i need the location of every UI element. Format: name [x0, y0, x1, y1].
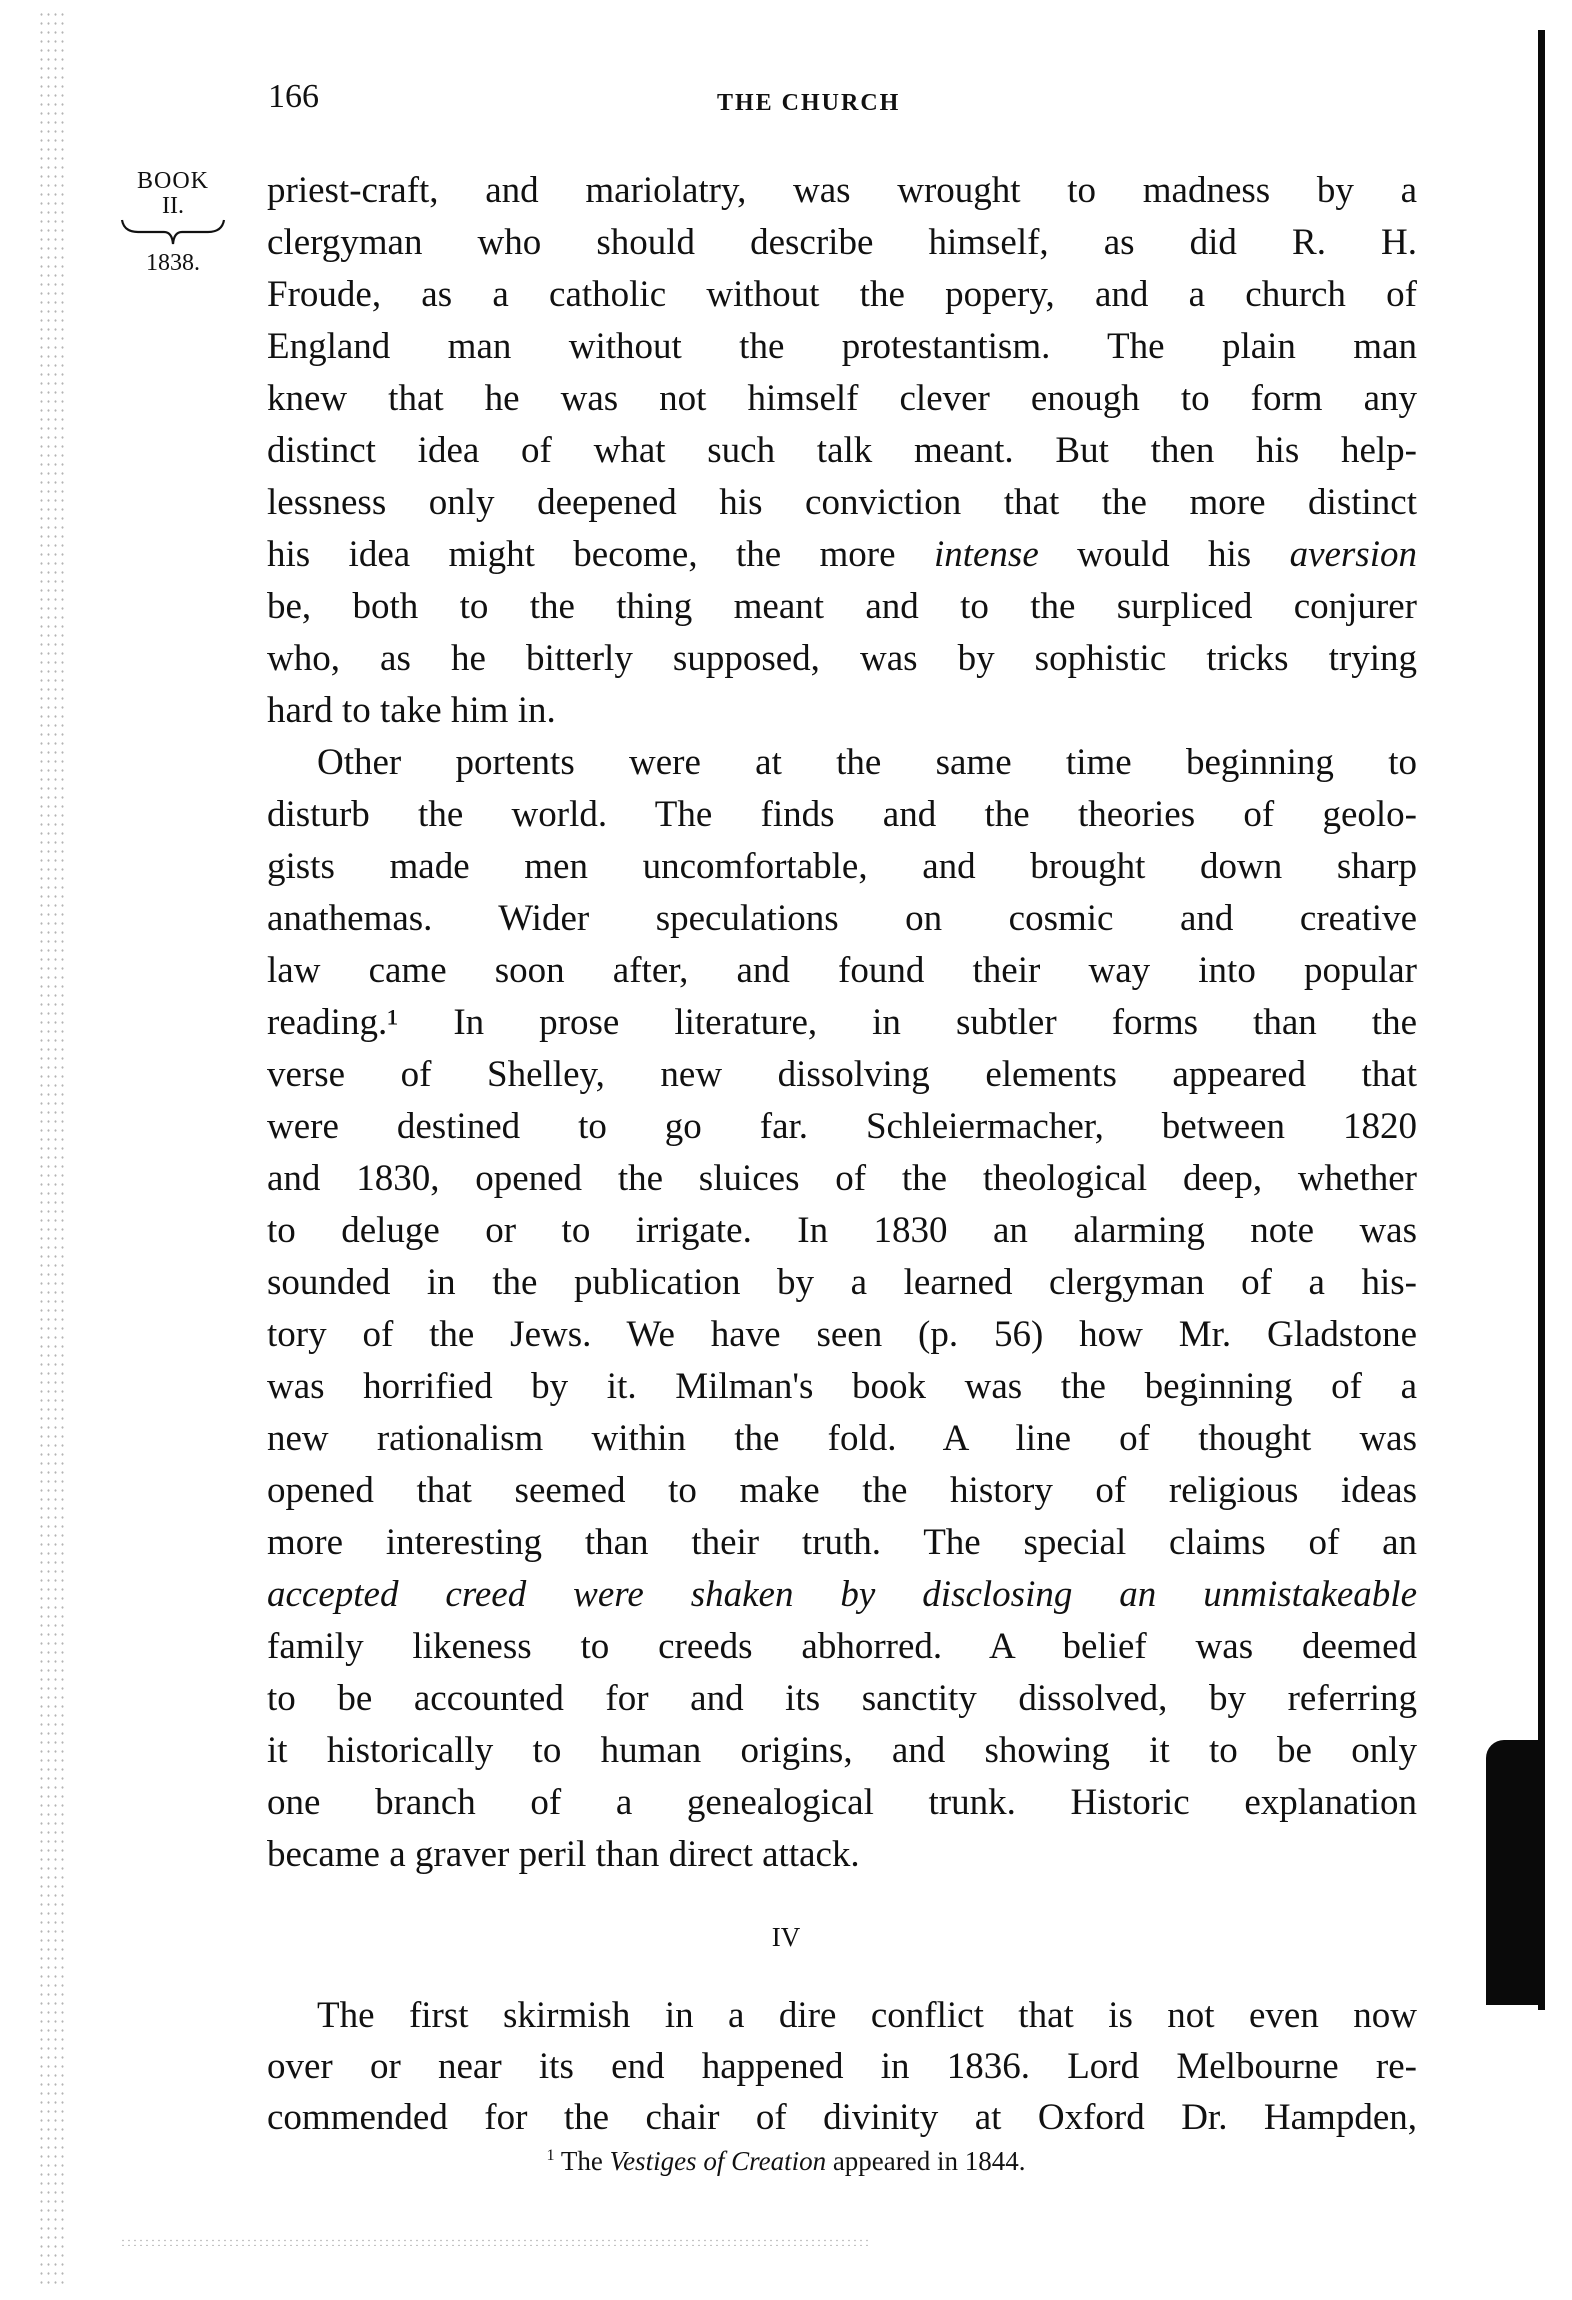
text-line: knew that he was not himself clever enou… [267, 373, 1417, 425]
text-line: anathemas. Wider speculations on cosmic … [267, 893, 1417, 945]
scan-speckle-bottom [120, 2238, 870, 2246]
margin-note: BOOK II. 1838. [118, 168, 228, 277]
text-line: tory of the Jews. We have seen (p. 56) h… [267, 1309, 1417, 1361]
text-line: family likeness to creeds abhorred. A be… [267, 1621, 1417, 1673]
page-edge-line [1538, 30, 1545, 2010]
text-line: be, both to the thing meant and to the s… [267, 581, 1417, 633]
text-line: law came soon after, and found their way… [267, 945, 1417, 997]
section-numeral: IV [0, 1922, 1572, 1953]
page-edge-shadow [1486, 1740, 1544, 2005]
text-line: hard to take him in. [267, 685, 1417, 737]
footnote-pre: The [561, 2146, 603, 2176]
margin-book-label: BOOK [118, 168, 228, 194]
page-number: 166 [268, 78, 319, 116]
margin-book-number: II. [118, 194, 228, 218]
text-line: it historically to human origins, and sh… [267, 1725, 1417, 1777]
text-line: sounded in the publication by a learned … [267, 1257, 1417, 1309]
text-line: verse of Shelley, new dissolving element… [267, 1049, 1417, 1101]
paragraph-start: The first skirmish in a dire conflict th… [267, 1990, 1417, 2042]
text-line: to deluge or to irrigate. In 1830 an ala… [267, 1205, 1417, 1257]
text-line: commended for the chair of divinity at O… [267, 2092, 1417, 2144]
text-line: distinct idea of what such talk meant. B… [267, 425, 1417, 477]
text-line-footnote-ref: reading.¹ In prose literature, in subtle… [267, 997, 1417, 1049]
text-line: over or near its end happened in 1836. L… [267, 2041, 1417, 2093]
text-line: lessness only deepened his conviction th… [267, 477, 1417, 529]
text-line: Froude, as a catholic without the popery… [267, 269, 1417, 321]
footnote-marker: 1 [546, 2146, 554, 2164]
text-line: opened that seemed to make the history o… [267, 1465, 1417, 1517]
text-line: to be accounted for and its sanctity dis… [267, 1673, 1417, 1725]
text-line: more interesting than their truth. The s… [267, 1517, 1417, 1569]
text-line: and 1830, opened the sluices of the theo… [267, 1153, 1417, 1205]
text-line: England man without the protestantism. T… [267, 321, 1417, 373]
text-line: new rationalism within the fold. A line … [267, 1413, 1417, 1465]
text-line: who, as he bitterly supposed, was by sop… [267, 633, 1417, 685]
text-line: clergyman who should describe himself, a… [267, 217, 1417, 269]
footnote-post: appeared in 1844. [833, 2146, 1026, 2176]
text-line: was horrified by it. Milman's book was t… [267, 1361, 1417, 1413]
text-line: became a graver peril than direct attack… [267, 1829, 1417, 1881]
text-line-with-italics: his idea might become, the more intense … [267, 529, 1417, 581]
text-line: priest-craft, and mariolatry, was wrough… [267, 165, 1417, 217]
paragraph-start: Other portents were at the same time beg… [267, 737, 1417, 789]
brace-icon [118, 218, 228, 248]
margin-year: 1838. [118, 250, 228, 277]
text-line: were destined to go far. Schleiermacher,… [267, 1101, 1417, 1153]
text-line: disturb the world. The finds and the the… [267, 789, 1417, 841]
footnote-title: Vestiges of Creation [610, 2146, 827, 2176]
footnote: 1 The Vestiges of Creation appeared in 1… [0, 2146, 1572, 2177]
running-head: THE CHURCH [717, 90, 900, 117]
text-line: one branch of a genealogical trunk. Hist… [267, 1777, 1417, 1829]
text-line-italic: accepted creed were shaken by disclosing… [267, 1569, 1417, 1621]
text-line: gists made men uncomfortable, and brough… [267, 841, 1417, 893]
